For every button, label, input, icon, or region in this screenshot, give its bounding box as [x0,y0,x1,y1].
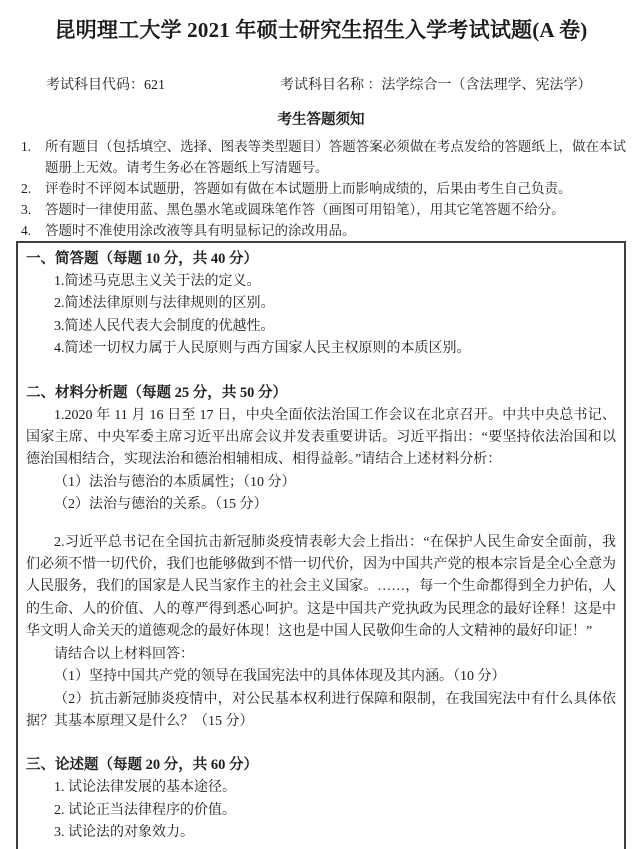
notice-item: 2.评卷时不评阅本试题册，答题如有做在本试题册上而影响成绩的，后果由考生自己负责… [16,178,626,199]
notice-item-text: 所有题目（包括填空、选择、图表等类型题目）答题答案必须做在考点发给的答题纸上，做… [45,136,626,178]
notice-item: 3.答题时一律使用蓝、黑色墨水笔或圆珠笔作答（画图可用铅笔），用其它笔答题不给分… [16,199,626,220]
subject-row: 考试科目代码：621 考试科目名称 ：法学综合一（含法理学、宪法学） [16,76,626,96]
notice-item-text: 答题时不准使用涂改液等具有明显标记的涂改用品。 [45,220,626,241]
section-heading: 一、简答题（每题 10 分，共 40 分） [26,247,616,271]
notice-item-number: 2. [16,178,45,199]
notice-list: 1.所有题目（包括填空、选择、图表等类型题目）答题答案必须做在考点发给的答题纸上… [16,136,626,241]
question-line: 1.2020 年 11 月 16 日至 17 日，中央全面依法治国工作会议在北京… [26,405,616,472]
question-line: （2）法治与德治的关系。（15 分） [26,494,616,516]
question-line: 1. 试论法律发展的基本途径。 [26,777,616,799]
section-heading: 三、论述题（每题 20 分，共 60 分） [26,753,616,777]
exam-paper-page: 昆明理工大学 2021 年硕士研究生招生入学考试试题(A 卷) 考试科目代码：6… [0,0,640,849]
notice-item: 1.所有题目（包括填空、选择、图表等类型题目）答题答案必须做在考点发给的答题纸上… [16,136,626,178]
question-line: 2.习近平总书记在全国抗击新冠肺炎疫情表彰大会上指出：“在保护人民生命安全面前，… [26,532,616,644]
subject-name-value: 法学综合一（含法理学、宪法学） [382,78,592,93]
question-line: （1）坚持中国共产党的领导在我国宪法中的具体体现及其内涵。（10 分） [26,666,616,688]
subject-name: 考试科目名称 ：法学综合一（含法理学、宪法学） [280,76,592,96]
question-section: 二、材料分析题（每题 25 分，共 50 分）1.2020 年 11 月 16 … [26,381,616,734]
page-title: 昆明理工大学 2021 年硕士研究生招生入学考试试题(A 卷) [16,16,626,44]
notice-item-number: 3. [16,199,45,220]
section-heading: 二、材料分析题（每题 25 分，共 50 分） [26,381,616,405]
subject-code-label: 考试科目代码： [46,78,144,93]
question-line: 请结合以上材料回答： [26,644,616,666]
question-box: 一、简答题（每题 10 分，共 40 分）1.简述马克思主义关于法的定义。2.简… [16,241,626,849]
notice-item-text: 答题时一律使用蓝、黑色墨水笔或圆珠笔作答（画图可用铅笔），用其它笔答题不给分。 [45,199,626,220]
question-line: 2.简述法律原则与法律规则的区别。 [26,293,616,315]
question-line: （2）抗击新冠肺炎疫情中，对公民基本权利进行保障和限制，在我国宪法中有什么具体依… [26,689,616,734]
notice-item-number: 4. [16,220,45,241]
notice-item-text: 评卷时不评阅本试题册，答题如有做在本试题册上而影响成绩的，后果由考生自己负责。 [45,178,626,199]
notice-item: 4.答题时不准使用涂改液等具有明显标记的涂改用品。 [16,220,626,241]
subject-name-label: 考试科目名称 ： [280,78,382,93]
notice-heading: 考生答题须知 [16,110,626,130]
question-section: 一、简答题（每题 10 分，共 40 分）1.简述马克思主义关于法的定义。2.简… [26,247,616,361]
question-line: 3. 试论法的对象效力。 [26,822,616,844]
subject-code: 考试科目代码：621 [46,76,280,96]
notice-item-number: 1. [16,136,45,178]
question-section: 三、论述题（每题 20 分，共 60 分）1. 试论法律发展的基本途径。2. 试… [26,753,616,844]
question-line: 2. 试论正当法律程序的价值。 [26,800,616,822]
question-line: （1）法治与德治的本质属性；（10 分） [26,472,616,494]
question-line: 4.简述一切权力属于人民原则与西方国家人民主权原则的本质区别。 [26,338,616,360]
question-line: 1.简述马克思主义关于法的定义。 [26,271,616,293]
subject-code-value: 621 [144,78,165,93]
question-line: 3.简述人民代表大会制度的优越性。 [26,316,616,338]
